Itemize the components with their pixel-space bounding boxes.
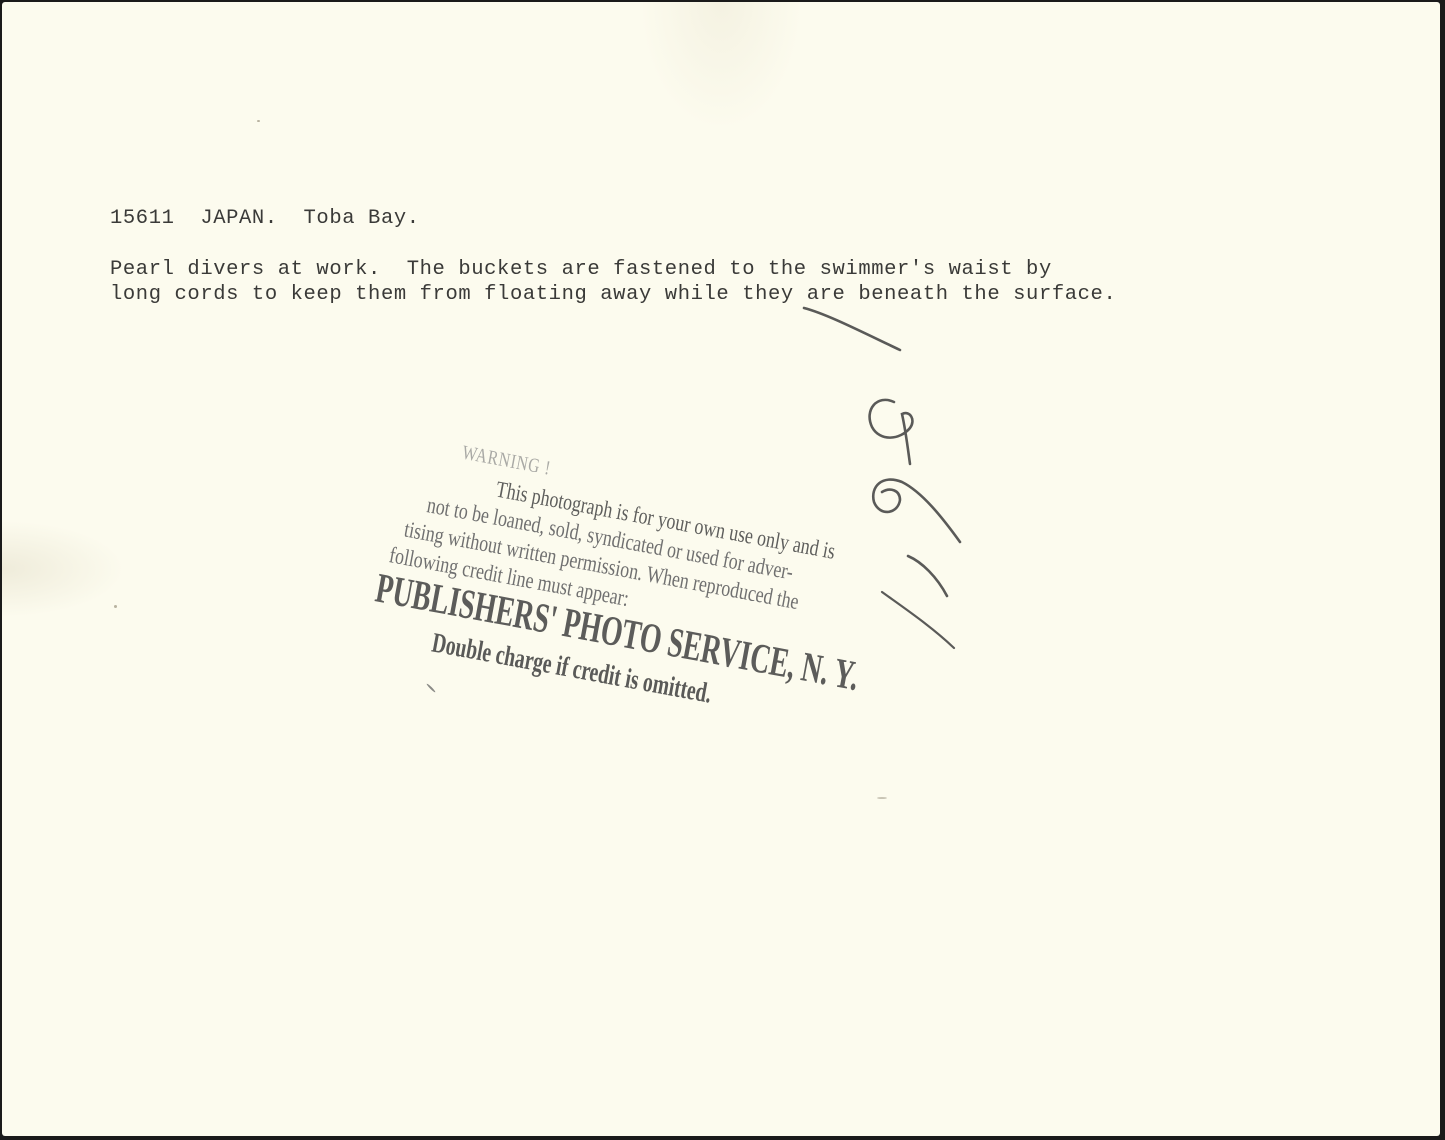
stamp-warning-title: WARNING ! bbox=[460, 442, 552, 481]
photo-caption-card: 15611 JAPAN. Toba Bay. Pearl divers at w… bbox=[2, 2, 1440, 1136]
paper-speck bbox=[257, 120, 260, 122]
paper-speck bbox=[114, 605, 117, 608]
paper-speck bbox=[877, 797, 887, 799]
handwritten-catalog-number bbox=[782, 292, 1002, 672]
caption-header: 15611 JAPAN. Toba Bay. bbox=[110, 207, 420, 230]
caption-text-line-1: Pearl divers at work. The buckets are fa… bbox=[110, 258, 1052, 281]
